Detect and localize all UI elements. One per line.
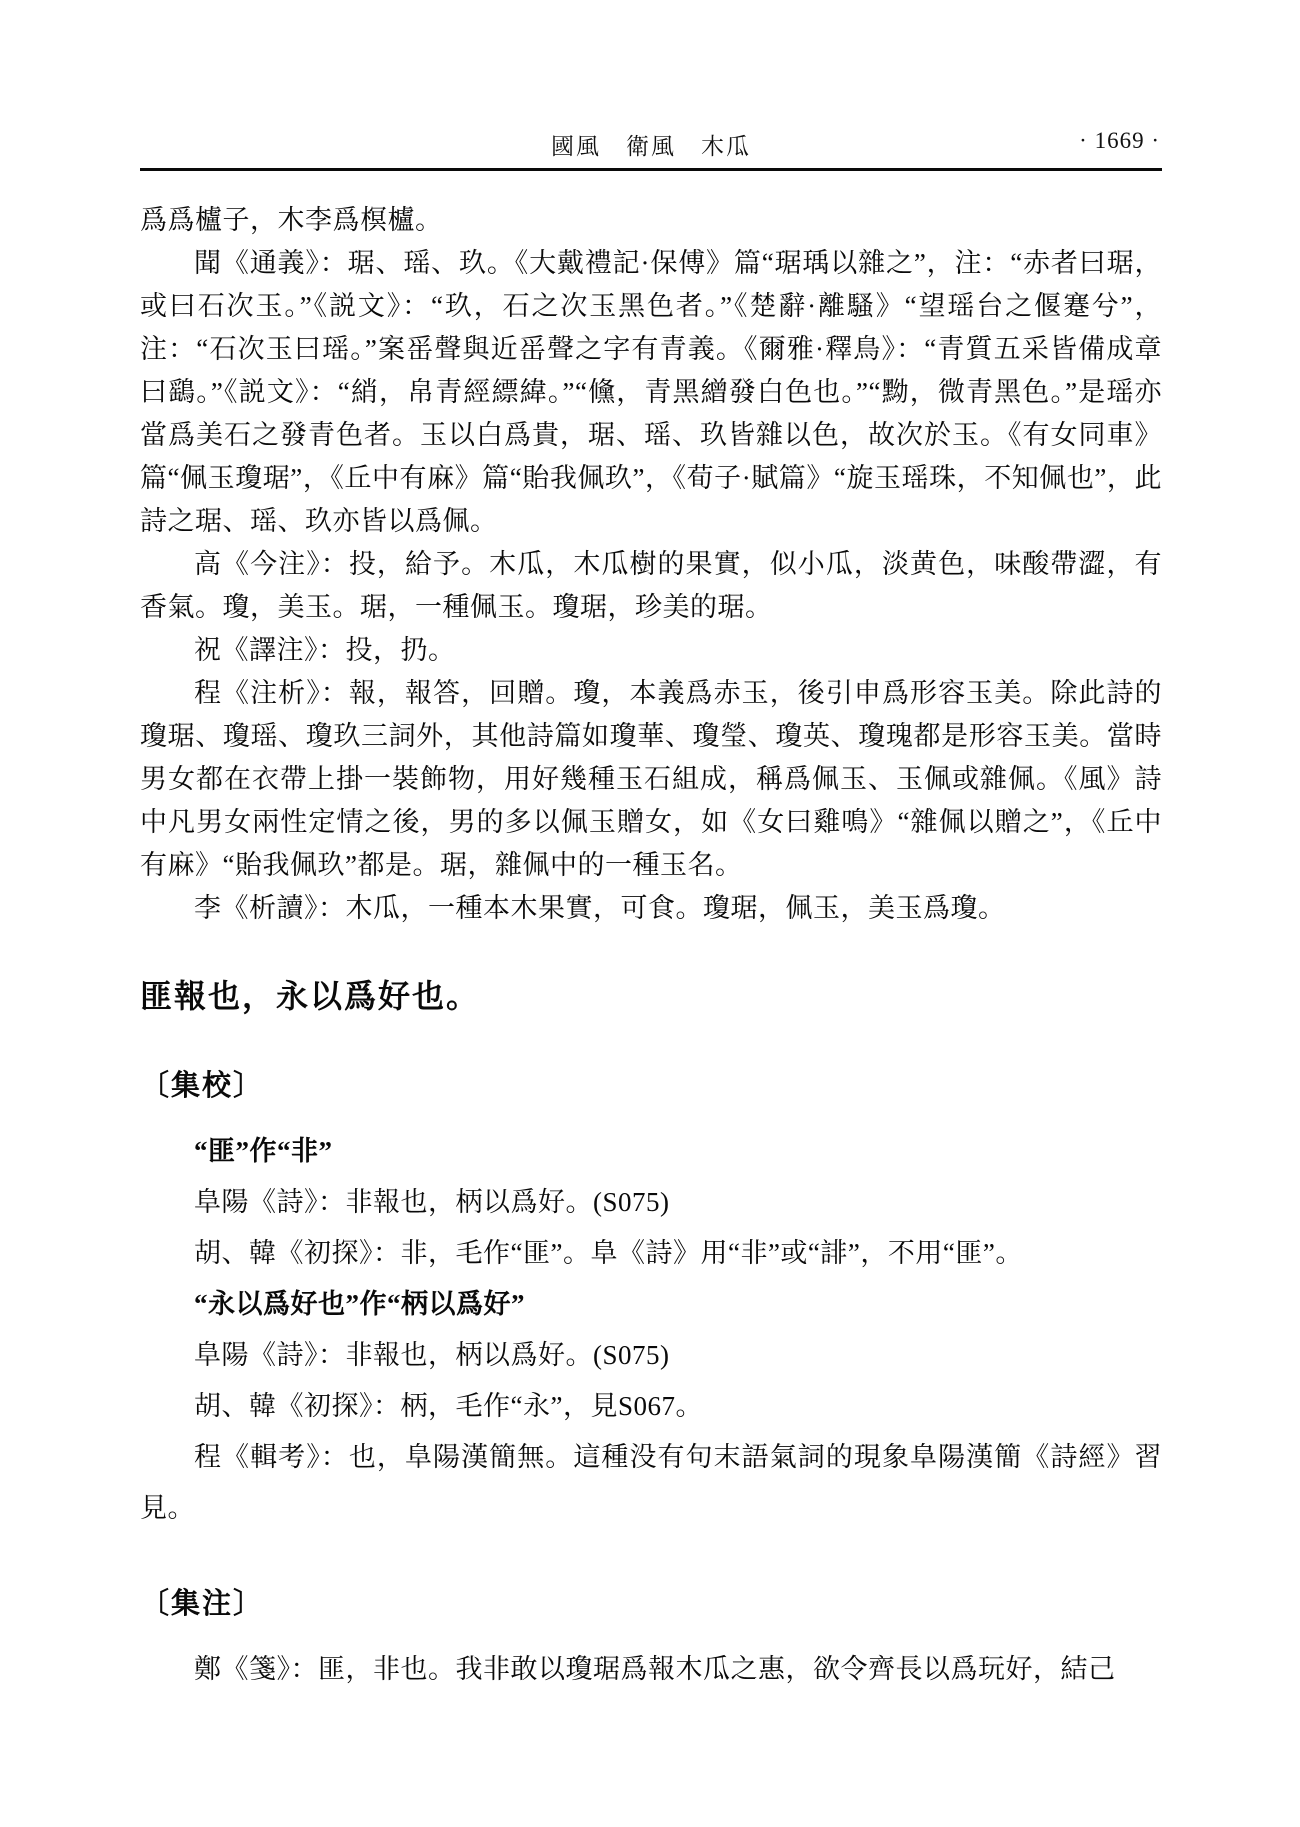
jizhu-entry-zheng-jian: 鄭《箋》：匪，非也。我非敢以瓊琚爲報木瓜之惠，欲令齊長以爲玩好，結己 <box>140 1644 1162 1695</box>
paragraph-gao-jinzhu: 高《今注》：投，給予。木瓜，木瓜樹的果實，似小瓜，淡黄色，味酸帶澀，有香氣。瓊，… <box>140 543 1162 629</box>
jixiao-entry-fuyang-1: 阜陽《詩》：非報也，柄以爲好。(S075) <box>140 1177 1162 1228</box>
commentary-body: 爲爲櫨子，木李爲榠櫨。 聞《通義》：琚、瑶、玖。《大戴禮記·保傅》篇“琚瑀以雜之… <box>140 199 1162 930</box>
jixiao-variant-heading-2: “永以爲好也”作“柄以爲好” <box>140 1279 1162 1330</box>
section-heading-jizhu: 〔集注〕 <box>140 1586 1162 1622</box>
running-head-title: 國風 衛風 木瓜 <box>140 128 1162 161</box>
paragraph-wen-tongyi: 聞《通義》：琚、瑶、玖。《大戴禮記·保傅》篇“琚瑀以雜之”，注：“赤者曰琚，或曰… <box>140 242 1162 543</box>
jixiao-entries: “匪”作“非” 阜陽《詩》：非報也，柄以爲好。(S075) 胡、韓《初探》：非，… <box>140 1126 1162 1534</box>
jixiao-entry-fuyang-2: 阜陽《詩》：非報也，柄以爲好。(S075) <box>140 1330 1162 1381</box>
paragraph-zhu-yizhu: 祝《譯注》：投，扔。 <box>140 629 1162 672</box>
jixiao-entry-hu-han-2: 胡、韓《初探》：柄，毛作“永”，見S067。 <box>140 1381 1162 1432</box>
jixiao-variant-heading-1: “匪”作“非” <box>140 1126 1162 1177</box>
paragraph-li-xidu: 李《析讀》：木瓜，一種本木果實，可食。瓊琚，佩玉，美玉爲瓊。 <box>140 887 1162 930</box>
paragraph-cheng-zhuxi: 程《注析》：報，報答，回贈。瓊，本義爲赤玉，後引申爲形容玉美。除此詩的瓊琚、瓊瑶… <box>140 672 1162 887</box>
jixiao-entry-cheng-jikao: 程《輯考》：也，阜陽漢簡無。這種没有句末語氣詞的現象阜陽漢簡《詩經》習見。 <box>140 1432 1162 1534</box>
section-heading-jixiao: 〔集校〕 <box>140 1068 1162 1104</box>
page-number: · 1669 · <box>1079 128 1160 154</box>
verse-heading: 匪報也，永以爲好也。 <box>140 976 1162 1016</box>
jixiao-entry-hu-han-1: 胡、韓《初探》：非，毛作“匪”。阜《詩》用“非”或“誹”，不用“匪”。 <box>140 1228 1162 1279</box>
paragraph-continuation: 爲爲櫨子，木李爲榠櫨。 <box>140 199 1162 242</box>
running-head: 國風 衛風 木瓜 · 1669 · <box>140 128 1162 164</box>
book-page: 國風 衛風 木瓜 · 1669 · 爲爲櫨子，木李爲榠櫨。 聞《通義》：琚、瑶、… <box>140 128 1162 1695</box>
header-rule <box>140 168 1162 171</box>
jizhu-entries: 鄭《箋》：匪，非也。我非敢以瓊琚爲報木瓜之惠，欲令齊長以爲玩好，結己 <box>140 1644 1162 1695</box>
